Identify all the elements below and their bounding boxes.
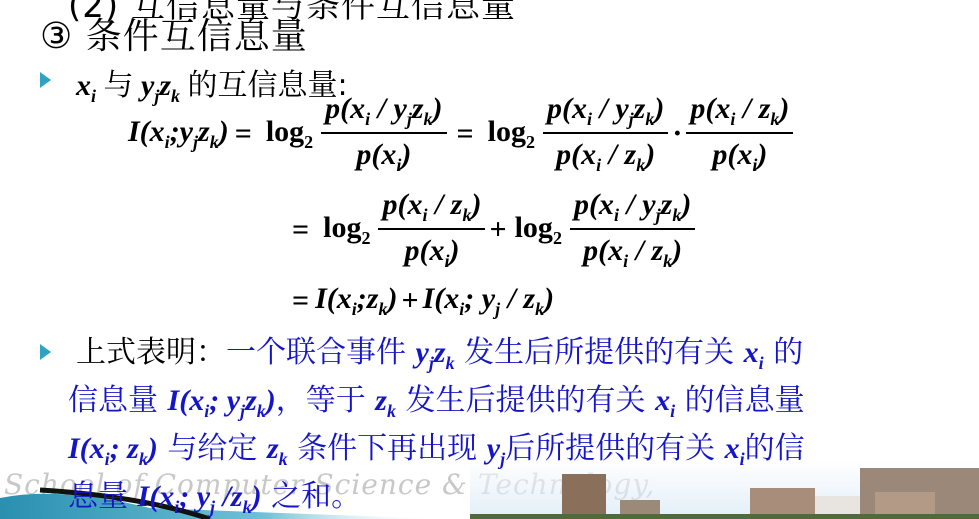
eq2-plus: + (489, 213, 506, 247)
eq3-plus: + (401, 284, 418, 318)
text-segment: 条件下再出现 (297, 431, 477, 466)
sub-i: i (91, 86, 96, 106)
eq2-frac1: p(xi / zk) p(xi) (378, 188, 485, 272)
explanation-paragraph: 上式表明：一个联合事件 yjzk 发生后所提供的有关 xi 的 信息量 I(xi… (40, 334, 970, 519)
eq1-frac3: p(xi / zk) p(xi) (686, 92, 793, 176)
eq1-frac2: p(xi / yjzk) p(xi / zk) (543, 92, 668, 176)
eq1-frac1: p(xi / yjzk) p(xi) (321, 92, 446, 176)
text-segment: 发生后所提供的有关 (464, 335, 734, 370)
explanation-lead: 上式表明： (76, 335, 226, 370)
var-x: x (76, 69, 91, 102)
eq1-log: log2 (266, 115, 313, 153)
text-segment: 信息量 (68, 383, 158, 418)
text-segment: 的 (773, 335, 803, 370)
text-segment: 之和。 (271, 479, 361, 514)
bullet-arrow-icon (40, 72, 51, 88)
text-segment: 后所提供的有关 (505, 431, 715, 466)
text-segment: ，等于 (276, 383, 366, 418)
eq3-term2: I(xi; yj / zk) (423, 282, 555, 320)
text-segment: 与给定 (167, 431, 257, 466)
equation-line-1: I(xi;yjzk) = log2 p(xi / yjzk) p(xi) = l… (128, 92, 797, 176)
text-segment: 发生后提供的有关 (406, 383, 646, 418)
eq3-term1: I(xi;zk) (315, 282, 397, 320)
text-segment: 的信息量 (685, 383, 805, 418)
eq1-dot: · (672, 117, 682, 151)
eq2-frac2: p(xi / yjzk) p(xi / zk) (570, 188, 695, 272)
text-segment: 的信 (745, 431, 805, 466)
text-segment: 一个联合事件 (226, 335, 406, 370)
equation-line-3: = I(xi;zk) + I(xi; yj / zk) (292, 282, 554, 320)
eq1-lhs: I(xi;yjzk) (128, 115, 229, 153)
section-title: ③ 条件互信息量 (40, 8, 308, 59)
equation-line-2: = log2 p(xi / zk) p(xi) + log2 p(xi / yj… (292, 188, 699, 272)
text-segment: 息量 (68, 479, 128, 514)
